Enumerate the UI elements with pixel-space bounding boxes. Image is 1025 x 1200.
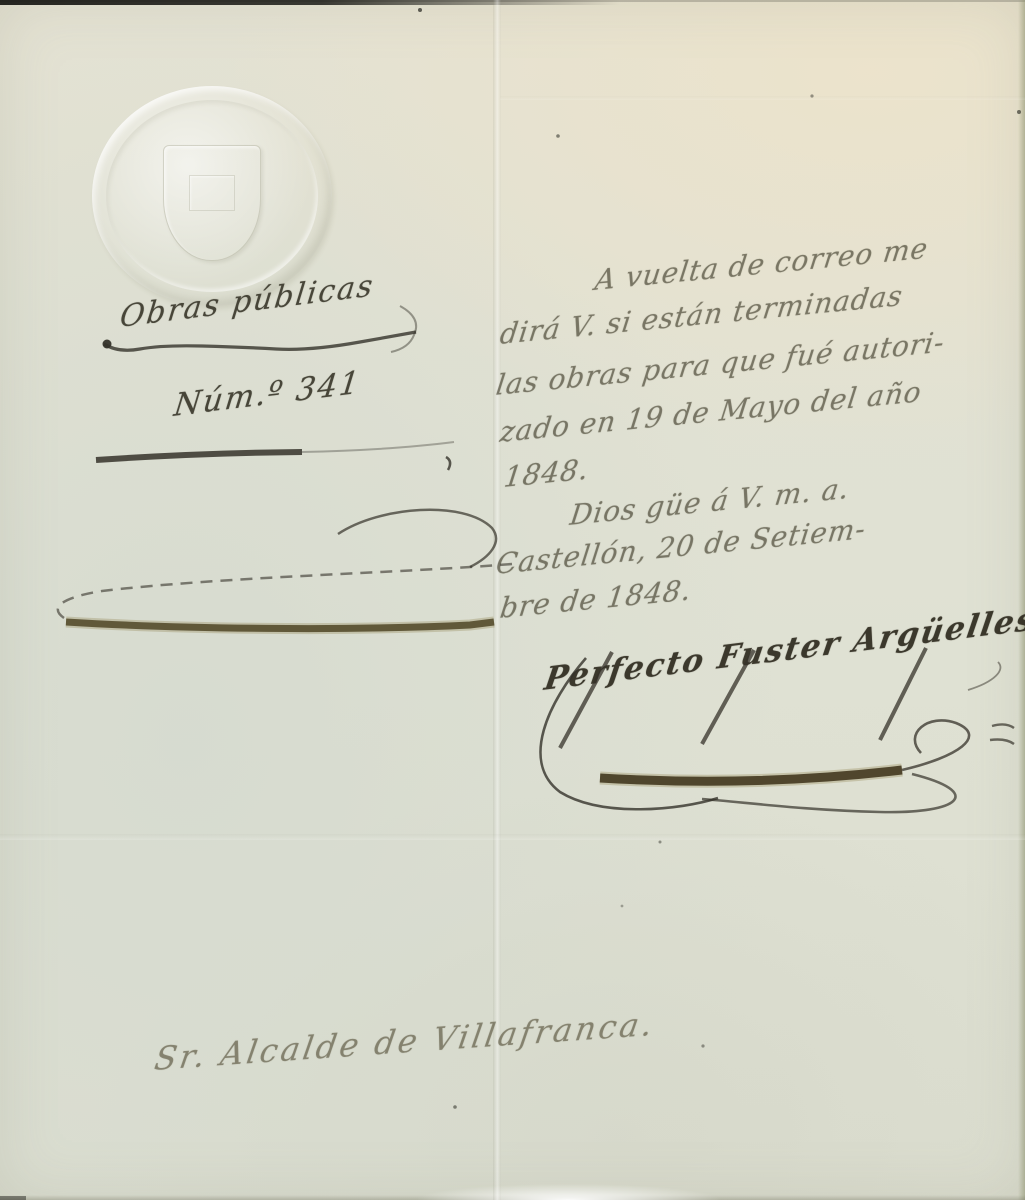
scanned-letter-page: Obras públicas Núm.º 341 A vuelta de cor…	[0, 0, 1025, 1200]
signature-rubric-flourish	[540, 648, 1014, 812]
dust-specks	[418, 8, 1021, 1109]
number-underline-flourish	[96, 442, 454, 470]
large-paraph-flourish	[58, 510, 512, 629]
ink-flourishes	[0, 0, 1025, 1200]
margin-underline-flourish	[103, 306, 417, 352]
